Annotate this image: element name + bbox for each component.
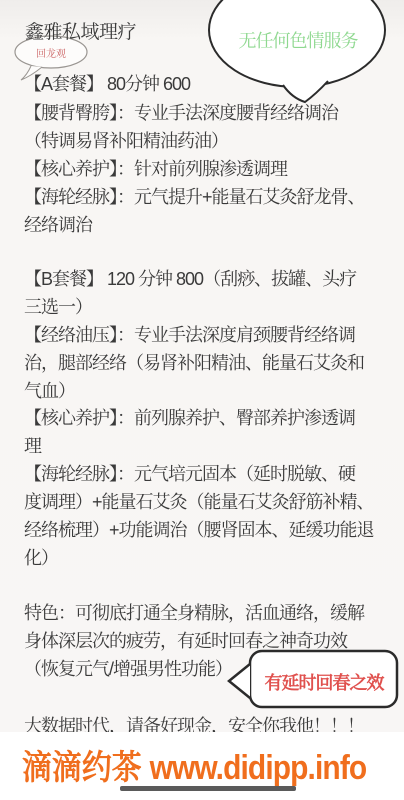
features-line: 特色：可彻底打通全身精脉，活血通络，缓解 [24, 599, 364, 625]
no-adult-service-bubble-label: 无任何色情服务 [212, 27, 384, 53]
text-line: 理 [24, 432, 41, 458]
package-b-heading: 【B套餐】 120 分钟 800（刮痧、拔罐、头疗 [24, 265, 356, 291]
ad-url: www.didipp.info [150, 749, 367, 788]
ad-banner: 滴滴约茶 www.didipp.info [22, 740, 366, 789]
features-line: 身体深层次的疲劳，有延时回春之神奇功效 [24, 627, 347, 653]
text-line: 【核心养护】：前列腺养护、臀部养护渗透调 [24, 404, 355, 430]
text-line: 三选一） [24, 293, 92, 319]
text-line: 经络调治 [24, 211, 92, 237]
ad-brand-name: 滴滴约茶 [22, 740, 142, 789]
text-line: （特调易肾补阳精油药油） [24, 127, 228, 153]
text-line: 化） [24, 544, 58, 570]
text-line: 度调理）+能量石艾灸（能量石艾灸舒筋补精、 [24, 488, 374, 514]
text-line: 【经络油压】：专业手法深度肩颈腰背经络调 [24, 321, 355, 347]
watermark-bubble-label: 回龙观 [16, 45, 86, 60]
rejuvenation-bubble-label: 有延时回春之效 [252, 669, 396, 695]
package-a-heading: 【A套餐】 80分钟 600 [24, 70, 190, 96]
features-line: （恢复元气/增强男性功能） [24, 655, 232, 681]
text-line: 经络梳理）+功能调治（腰肾固本、延缓功能退 [24, 516, 374, 542]
text-line: 【海轮经脉】：元气提升+能量石艾灸舒龙骨、 [24, 183, 365, 209]
text-line: 【腰背臀胯】：专业手法深度腰背经络调治 [24, 99, 338, 125]
text-line: 气血） [24, 377, 75, 403]
flyer-page: 鑫雅私域理疗 回龙观 无任何色情服务 【A套餐】 80分钟 600 【腰背臀胯】… [0, 0, 404, 800]
text-line: 【海轮经脉】：元气培元固本（延时脱敏、硬 [24, 460, 355, 486]
text-line: 治，腿部经络（易肾补阳精油、能量石艾灸和 [24, 349, 364, 375]
page-title: 鑫雅私域理疗 [25, 17, 136, 44]
ad-underline [120, 786, 296, 791]
text-line: 【核心养护】：针对前列腺渗透调理 [24, 155, 287, 181]
